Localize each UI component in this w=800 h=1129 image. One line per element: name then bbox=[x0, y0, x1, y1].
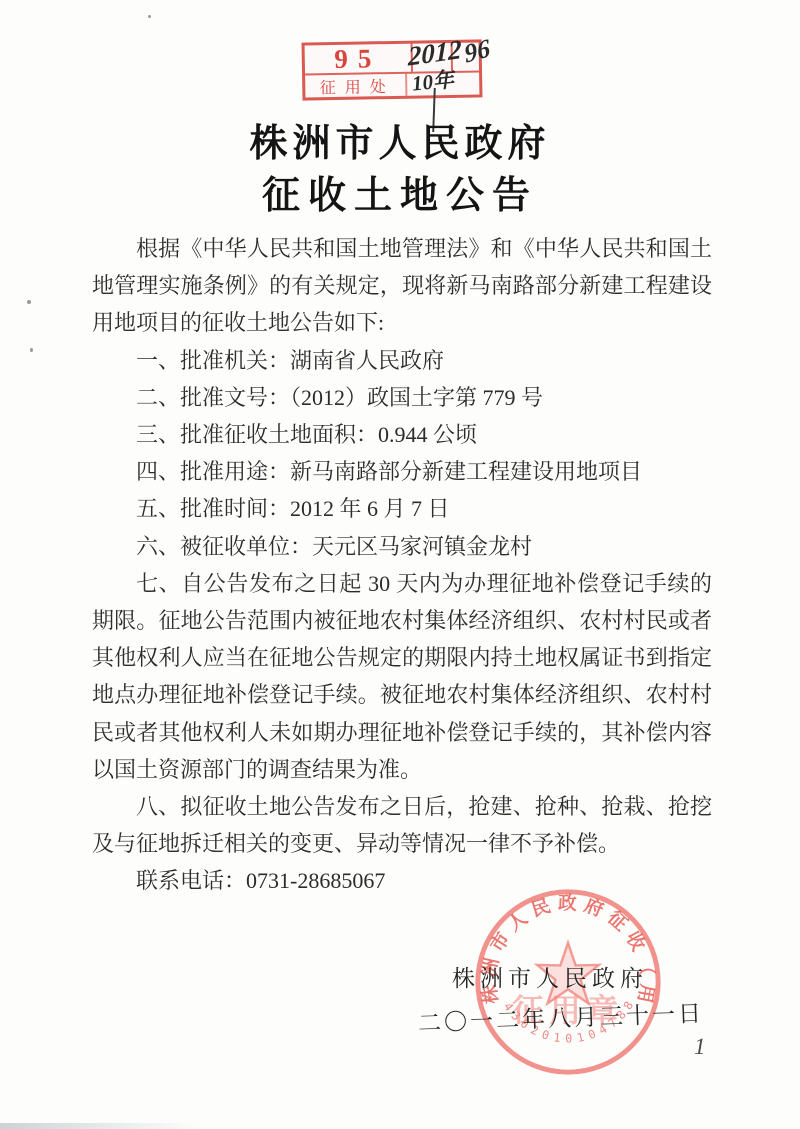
scanned-document-page: 95 2012 96 征用处 10年 株洲市人民政府 征收土地公告 根据《中华人… bbox=[0, 0, 800, 1129]
stamp-handwritten-number-cell: 96 bbox=[453, 42, 479, 70]
item-7-registration-deadline: 七、自公告发布之日起 30 天内为办理征地补偿登记手续的期限。征地公告范围内被征… bbox=[92, 565, 712, 788]
item-5-approval-date: 五、批准时间：2012 年 6 月 7 日 bbox=[92, 490, 712, 527]
stamp-department-label: 征用处 bbox=[305, 74, 407, 98]
scan-speck bbox=[27, 300, 31, 304]
document-title-line1: 株洲市人民政府 bbox=[0, 112, 800, 167]
registry-stamp: 95 2012 96 征用处 10年 bbox=[302, 39, 483, 100]
item-4-approved-use: 四、批准用途：新马南路部分新建工程建设用地项目 bbox=[92, 453, 712, 490]
item-8-no-compensation-clause: 八、拟征收土地公告发布之日后，抢建、抢种、抢栽、抢挖及与征地拆迁相关的变更、异动… bbox=[92, 788, 712, 862]
signature-issuer: 株洲市人民政府 bbox=[452, 960, 648, 993]
document-body: 根据《中华人民共和国土地管理法》和《中华人民共和国土地管理实施条例》的有关规定，… bbox=[92, 230, 712, 900]
document-title-line2: 征收土地公告 bbox=[0, 164, 800, 219]
intro-paragraph: 根据《中华人民共和国土地管理法》和《中华人民共和国土地管理实施条例》的有关规定，… bbox=[92, 230, 712, 342]
stamp-bottom-row: 征用处 10年 bbox=[305, 72, 479, 97]
item-6-expropriated-unit: 六、被征收单位：天元区马家河镇金龙村 bbox=[92, 528, 712, 565]
scan-speck bbox=[148, 15, 151, 18]
scan-edge-shadow bbox=[0, 1123, 200, 1129]
stamp-number-left: 95 bbox=[305, 44, 413, 74]
scan-speck bbox=[30, 348, 33, 352]
stamp-handwritten-number: 96 bbox=[462, 33, 492, 70]
page-number: 1 bbox=[694, 1034, 706, 1060]
item-1-approving-authority: 一、批准机关：湖南省人民政府 bbox=[92, 342, 712, 379]
item-2-approval-document-number: 二、批准文号：（2012）政国土字第 779 号 bbox=[92, 379, 712, 416]
item-3-approved-land-area: 三、批准征收土地面积：0.944 公顷 bbox=[92, 416, 712, 453]
stamp-handwritten-note-cell: 10年 bbox=[407, 72, 479, 95]
